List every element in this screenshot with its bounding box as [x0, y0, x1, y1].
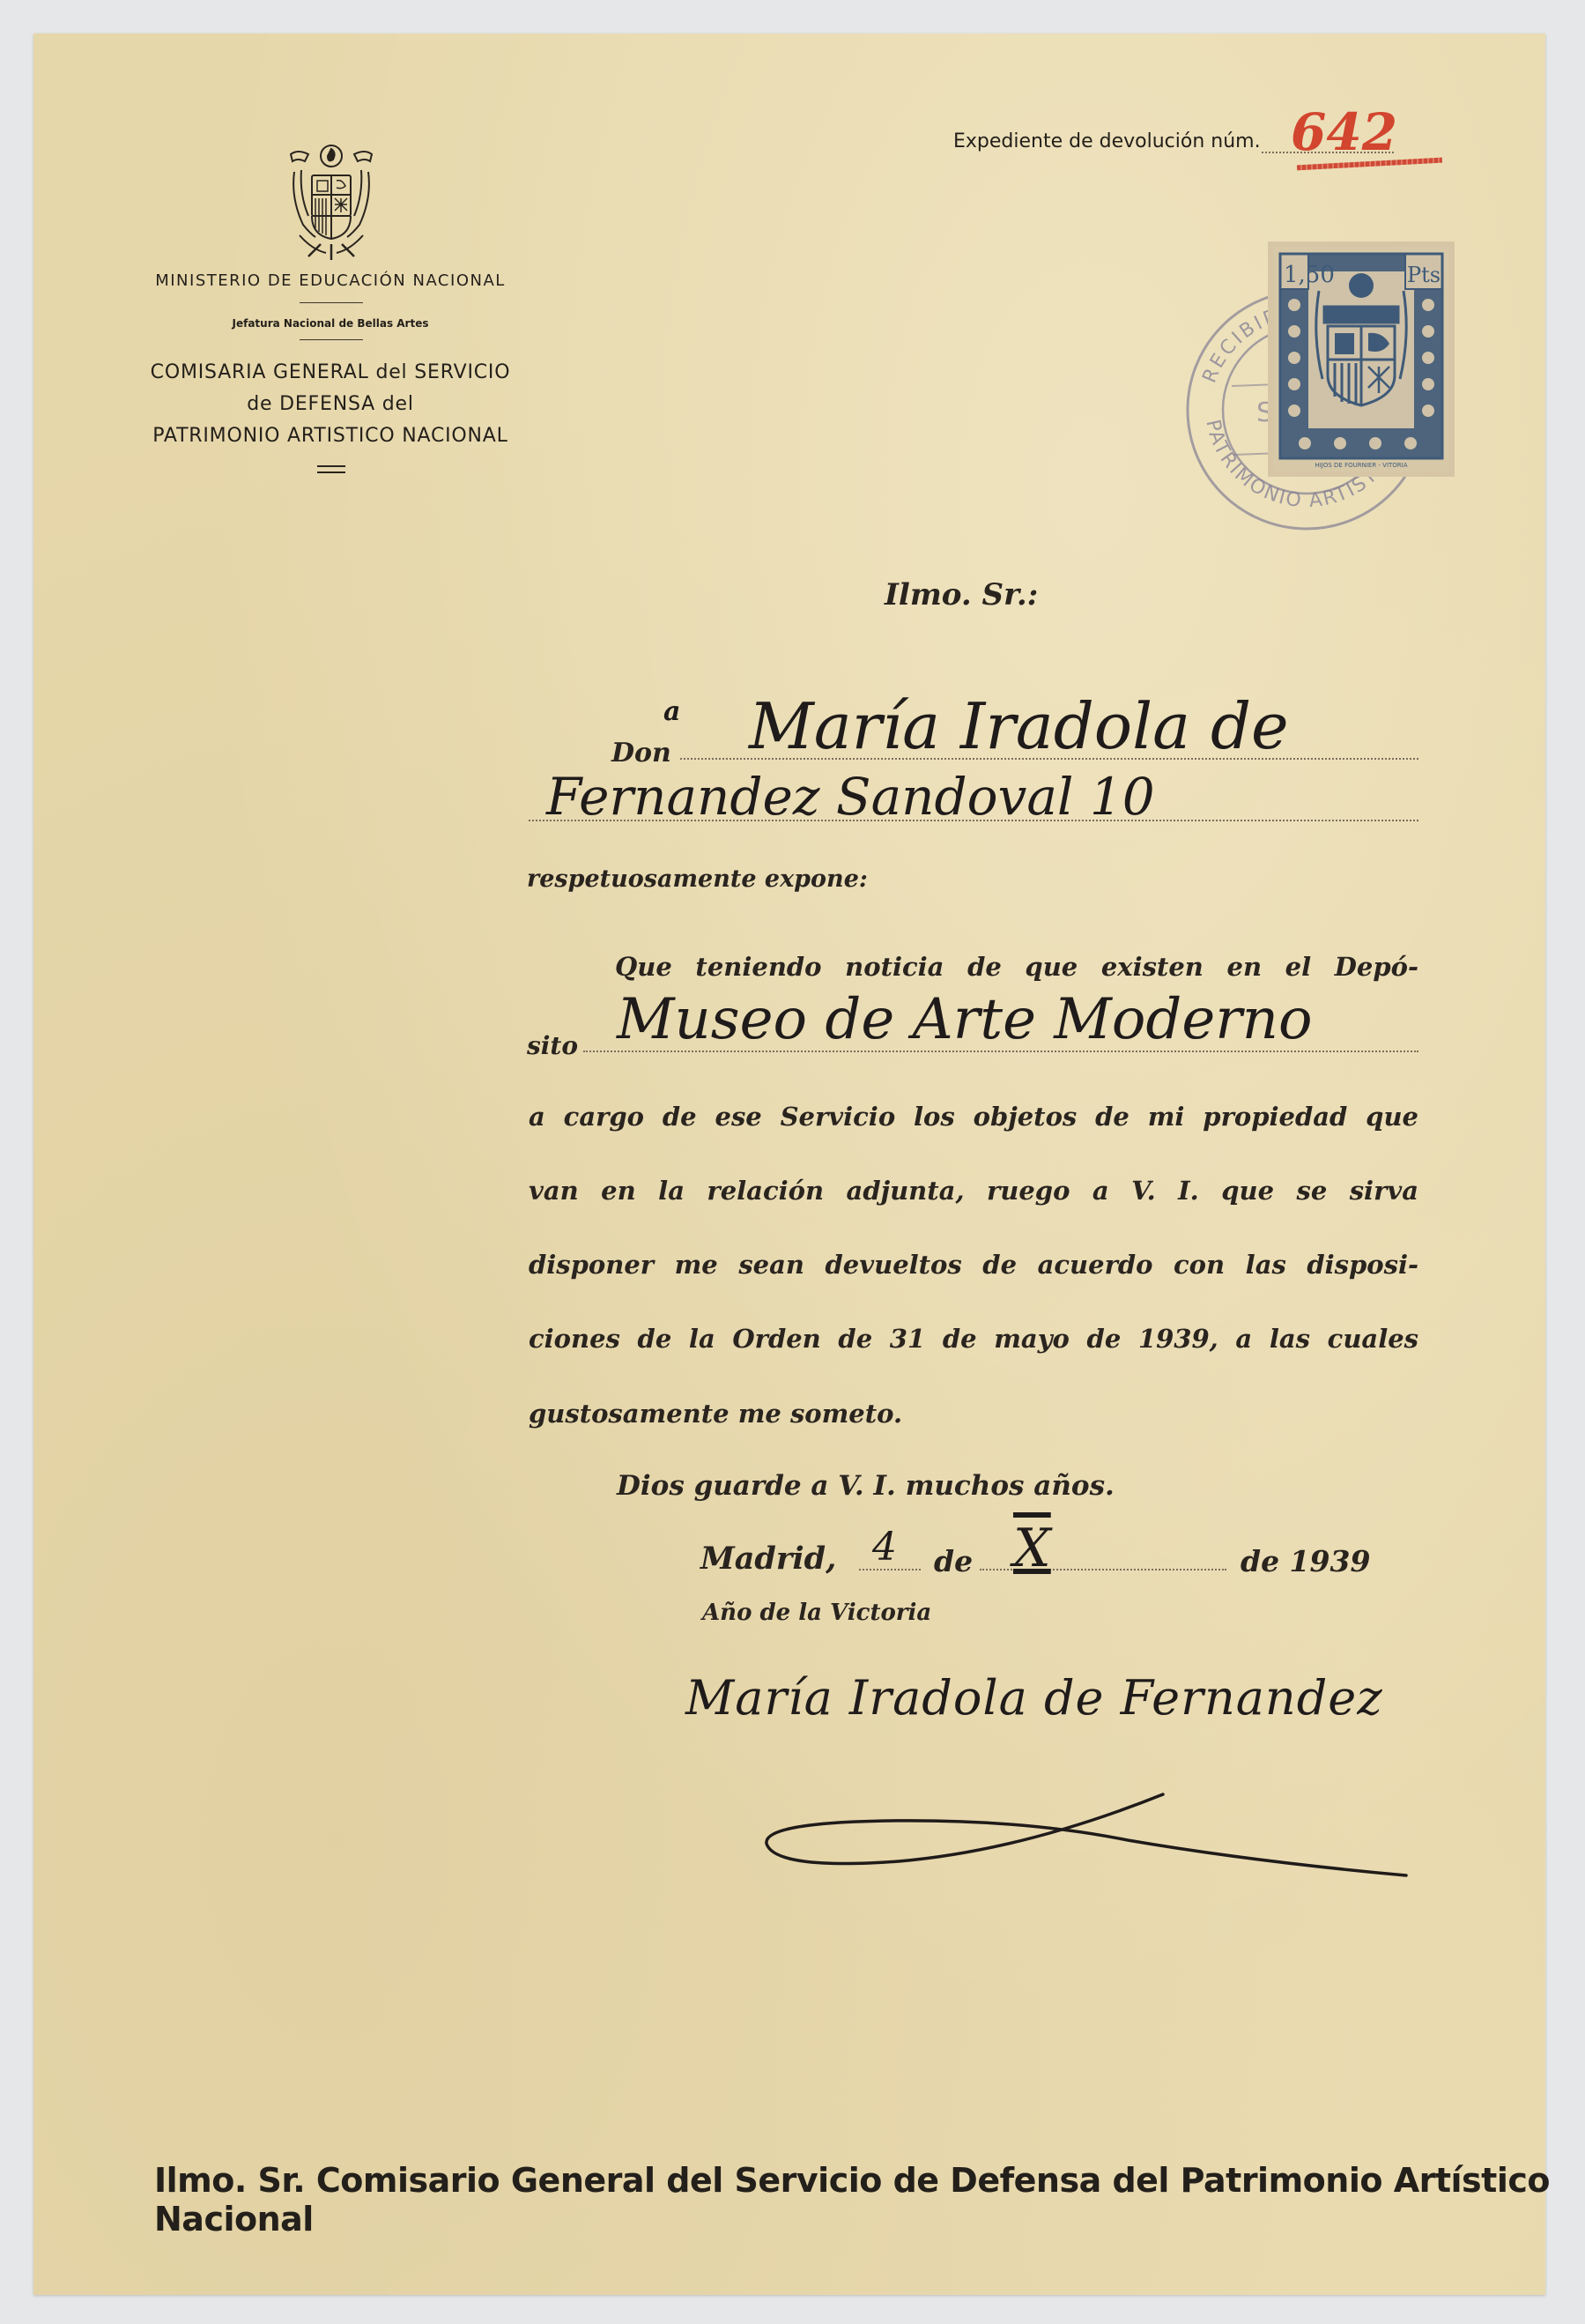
body-line-5: ciones de la Orden de 31 de mayo de 1939… — [529, 1324, 1418, 1354]
date-de: de — [934, 1544, 973, 1578]
expediente-label: Expediente de devolución núm. — [953, 130, 1261, 152]
jefatura-heading: Jefatura Nacional de Bellas Artes — [119, 317, 542, 330]
deposito-label: sito — [527, 1031, 578, 1060]
comisaria-heading-line-2: de DEFENSA del — [119, 389, 542, 420]
date-era: Año de la Victoria — [702, 1600, 931, 1626]
body-line-4: disponer me sean devueltos de acuerdo co… — [529, 1250, 1418, 1280]
body-line-1: Que teniendo noticia de que existen en e… — [615, 952, 1418, 982]
letterhead-double-rule — [317, 465, 345, 473]
date-day[interactable]: 4 — [872, 1525, 897, 1570]
comisaria-heading-line-3: PATRIMONIO ARTISTICO NACIONAL — [119, 420, 542, 452]
addressee-footer: Ilmo. Sr. Comisario General del Servicio… — [154, 2161, 1585, 2239]
intro-text: respetuosamente expone: — [527, 865, 868, 893]
letterhead-divider — [300, 302, 363, 303]
applicant-name-line-2[interactable]: Fernandez Sandoval 10 — [546, 767, 1155, 827]
svg-text:HIJOS DE FOURNIER - VITORIA: HIJOS DE FOURNIER - VITORIA — [1315, 462, 1407, 469]
closing-formula: Dios guarde a V. I. muchos años. — [617, 1470, 1115, 1502]
signature: María Iradola de Fernandez — [685, 1670, 1383, 1726]
revenue-stamp: 1,50 Pts HIJO — [1273, 247, 1449, 471]
expediente-number: 642 — [1291, 102, 1397, 162]
don-prefix: Don — [611, 738, 671, 768]
body-last-line: gustosamente me someto. — [529, 1399, 902, 1429]
applicant-name-line-1[interactable]: María Iradola de — [749, 689, 1289, 763]
body-line-2: a cargo de ese Servicio los objetos de m… — [529, 1102, 1418, 1132]
body-line-3: van en la relación adjunta, ruego a V. I… — [529, 1176, 1418, 1206]
deposito-value[interactable]: Museo de Arte Moderno — [617, 987, 1313, 1052]
dona-superscript: a — [663, 696, 680, 727]
comisaria-heading-line-1: COMISARIA GENERAL del SERVICIO — [119, 357, 542, 389]
date-month[interactable]: X — [1013, 1518, 1051, 1579]
spanish-coat-of-arms-eagle-icon — [282, 137, 381, 264]
date-city: Madrid, — [700, 1541, 836, 1577]
svg-text:Pts: Pts — [1407, 263, 1441, 287]
ministry-heading: MINISTERIO DE EDUCACIÓN NACIONAL — [119, 271, 542, 290]
letterhead-divider — [300, 339, 363, 340]
salutation: Ilmo. Sr.: — [885, 577, 1038, 613]
date-year: de 1939 — [1241, 1544, 1370, 1578]
signature-flourish-icon — [758, 1789, 1410, 1877]
